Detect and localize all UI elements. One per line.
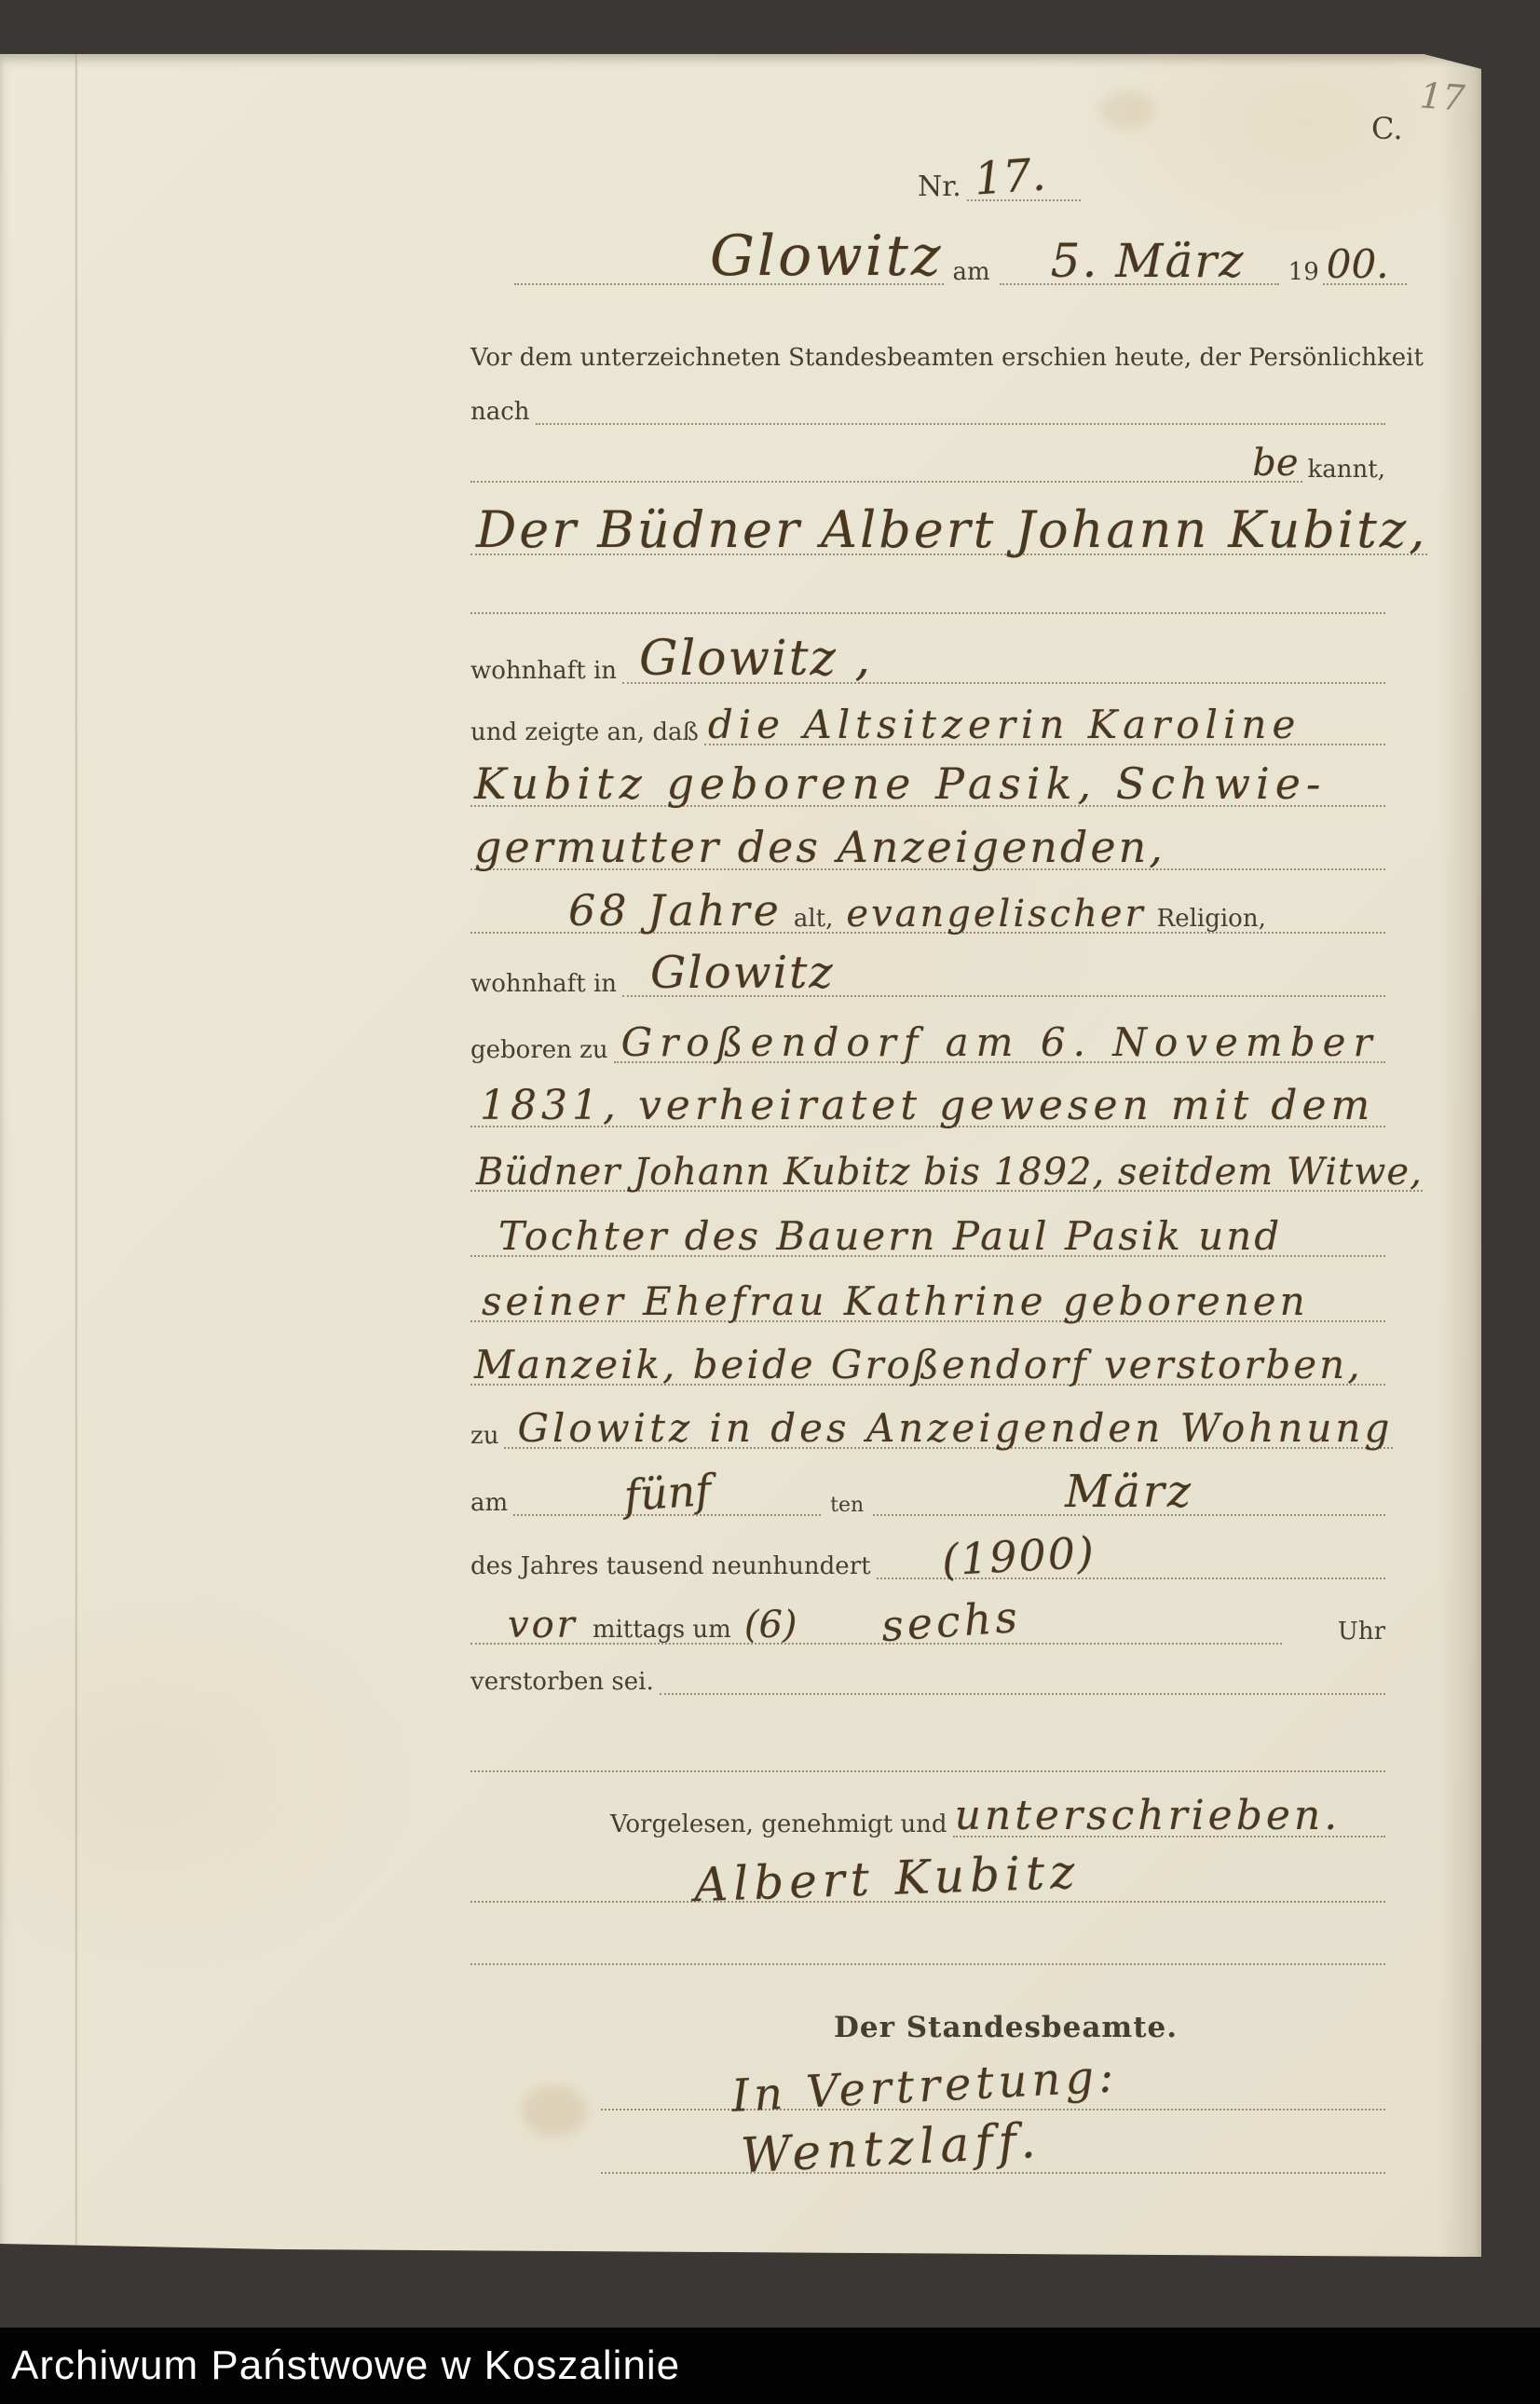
dotted-line: unterschrieben. <box>953 1796 1385 1837</box>
mittags-label: mittags um <box>593 1618 731 1643</box>
verstorben-label: verstorben sei. <box>470 1670 654 1695</box>
daytime-hand: vor <box>508 1607 578 1643</box>
residence-informant-line: wohnhaft in Glowitz , <box>470 619 1385 684</box>
scanned-register-page: 17 C. Nr. 17. Glowitz am 5. März 19 00. … <box>0 0 1540 2404</box>
informant-signature: Albert Kubitz <box>693 1850 1081 1907</box>
archive-name: Archiwum Państwowe w Koszalinie <box>11 2343 680 2389</box>
nach-line: nach <box>470 384 1385 425</box>
dotted-line: Büdner Johann Kubitz bis 1892, seitdem W… <box>470 1154 1423 1192</box>
dotted-line <box>470 1960 1385 1965</box>
am2-label: am <box>470 1491 508 1516</box>
nach-label: nach <box>470 400 530 425</box>
dotted-line: Albert Kubitz <box>470 1857 1385 1904</box>
dotted-line: Glowitz in des Anzeigenden Wohnung <box>504 1410 1393 1449</box>
mother-text: seiner Ehefrau Kathrine geborenen <box>482 1283 1309 1320</box>
registrar-heading: Der Standesbeamte. <box>834 2013 1178 2043</box>
paper-stain <box>1099 91 1155 129</box>
death-hour-line: vor mittags um (6) sechs Uhr <box>470 1583 1385 1645</box>
relation-text: germutter des Anzeigenden, <box>474 827 1165 868</box>
anzeige-hand: die Altsitzerin Karoline <box>708 706 1301 744</box>
registrar-heading-text: Der Standesbeamte. <box>834 2011 1178 2044</box>
mother-line: seiner Ehefrau Kathrine geborenen <box>470 1261 1385 1322</box>
uhr-label: Uhr <box>1338 1619 1385 1645</box>
dotted-line <box>536 419 1385 425</box>
approval-line: Vorgelesen, genehmigt und unterschrieben… <box>610 1782 1385 1837</box>
death-place-text: Glowitz in des Anzeigenden Wohnung <box>517 1410 1393 1447</box>
parents-death-text: Manzeik, beide Großendorf verstorben, <box>474 1346 1363 1384</box>
birthplace-text: Großendorf am 6. November <box>621 1024 1380 1061</box>
wohnhaft1-label: wohnhaft in <box>470 659 617 684</box>
date-value: 5. März <box>1051 239 1246 284</box>
dotted-line: 00. <box>1323 246 1407 285</box>
dotted-line: seiner Ehefrau Kathrine geborenen <box>470 1283 1385 1322</box>
dotted-line <box>470 1767 1385 1772</box>
vorgelesen-label: Vorgelesen, genehmigt und <box>610 1812 947 1837</box>
record-number-value: 17. <box>973 155 1046 202</box>
deceased-statement-line: verstorben sei. <box>470 1663 1385 1695</box>
zu-label: zu <box>470 1424 498 1449</box>
registrar-signature-line: Wentzlaff. <box>601 2113 1385 2174</box>
dotted-line: März <box>873 1471 1385 1516</box>
dotted-line: vor mittags um (6) sechs <box>470 1602 1282 1645</box>
hour-word: sechs <box>879 1597 1022 1647</box>
wohnhaft1-value: Glowitz , <box>639 636 872 682</box>
dotted-line: 17. <box>967 157 1081 201</box>
dotted-line <box>470 608 1385 614</box>
am-label: am <box>953 260 990 285</box>
unterschrieben-hand: unterschrieben. <box>955 1796 1342 1836</box>
parents-death-line: Manzeik, beide Großendorf verstorben, <box>470 1324 1385 1386</box>
residence-deceased-line: wohnhaft in Glowitz <box>470 936 1385 997</box>
dotted-line: In Vertretung: <box>601 2066 1385 2110</box>
dotted-line: Glowitz , <box>622 636 1385 684</box>
dotted-line <box>660 1689 1385 1695</box>
religion-value: evangelischer <box>846 896 1145 932</box>
age-value: 68 Jahre <box>568 891 783 932</box>
father-line: Tochter des Bauern Paul Pasik und <box>470 1195 1385 1257</box>
informant-name-line: Der Büdner Albert Johann Kubitz, <box>470 485 1385 555</box>
geboren-label: geboren zu <box>470 1038 608 1063</box>
deputy-note: In Vertretung: <box>730 2056 1119 2119</box>
wohnhaft2-value: Glowitz <box>650 952 835 995</box>
paper-stain <box>522 2085 587 2137</box>
jahr-label: des Jahres tausend neunhundert <box>470 1554 871 1579</box>
birthplace-line: geboren zu Großendorf am 6. November <box>470 1002 1385 1063</box>
deceased-name-text: Kubitz geborene Pasik, Schwie- <box>474 764 1326 805</box>
death-day-value: fünf <box>622 1470 712 1517</box>
dotted-line: fünf <box>513 1473 821 1516</box>
dotted-line: Glowitz <box>514 230 944 285</box>
dotted-line: be <box>470 445 1302 483</box>
ten-label: ten <box>830 1495 864 1516</box>
pencil-folio-number: 17 <box>1419 75 1466 118</box>
informant-name: Der Büdner Albert Johann Kubitz, <box>476 506 1427 553</box>
dotted-line: Wentzlaff. <box>601 2126 1385 2174</box>
death-year-line: des Jahres tausend neunhundert (1900) <box>470 1518 1385 1579</box>
husband-line: Büdner Johann Kubitz bis 1892, seitdem W… <box>470 1130 1385 1192</box>
place-value: Glowitz <box>710 230 944 283</box>
dotted-line: (1900) <box>877 1537 1385 1579</box>
declaration-line: und zeigte an, daß die Altsitzerin Karol… <box>470 686 1385 745</box>
death-year-value: (1900) <box>941 1533 1097 1581</box>
registrar-signature: Wentzlaff. <box>740 2118 1043 2179</box>
century-printed: 19 <box>1288 260 1319 285</box>
page-crease <box>75 54 78 2257</box>
archive-watermark-bar: Archiwum Państwowe w Koszalinie <box>0 2328 1540 2404</box>
dotted-line: die Altsitzerin Karoline <box>704 706 1385 745</box>
death-month-value: März <box>1065 1471 1193 1514</box>
bekannt-hand: be <box>1252 445 1298 481</box>
form-letter: C. <box>1371 114 1403 145</box>
dotted-line: Glowitz <box>622 952 1385 997</box>
dotted-line: Tochter des Bauern Paul Pasik und <box>470 1218 1385 1257</box>
intro-line: Vor dem unterzeichneten Standesbeamten e… <box>470 335 1402 371</box>
deputy-line: In Vertretung: <box>601 2050 1385 2110</box>
place-date-line: Glowitz am 5. März 19 00. <box>514 207 1397 285</box>
dotted-line: germutter des Anzeigenden, <box>470 827 1385 870</box>
birthyear-marriage-line: 1831, verheiratet gewesen mit dem <box>470 1066 1385 1127</box>
dotted-line: 1831, verheiratet gewesen mit dem <box>470 1086 1385 1127</box>
record-number-line: Nr. 17. <box>918 140 1081 201</box>
death-place-line: zu Glowitz in des Anzeigenden Wohnung <box>470 1387 1385 1449</box>
blank-line <box>470 1763 1385 1772</box>
blank-line <box>470 605 1385 614</box>
intro-text: Vor dem unterzeichneten Standesbeamten e… <box>470 346 1424 371</box>
year-value: 00. <box>1327 246 1389 283</box>
record-number-label: Nr. <box>918 172 961 202</box>
hour-digit: (6) <box>744 1607 797 1643</box>
informant-signature-line: Albert Kubitz <box>470 1839 1385 1903</box>
dotted-line: 5. März <box>1000 239 1279 286</box>
dotted-line: Großendorf am 6. November <box>614 1024 1385 1063</box>
relation-line: germutter des Anzeigenden, <box>470 807 1385 870</box>
dotted-line: 68 Jahre alt, evangelischer Religion, <box>470 891 1385 934</box>
anzeige-label: und zeigte an, daß <box>470 720 699 745</box>
alt-label: alt, <box>794 907 834 932</box>
birthyear-marriage-text: 1831, verheiratet gewesen mit dem <box>480 1086 1374 1126</box>
bekannt-printed: kannt, <box>1308 458 1385 483</box>
dotted-line: Der Büdner Albert Johann Kubitz, <box>470 506 1427 555</box>
page-edge-shadow <box>1438 54 1481 2257</box>
age-religion-line: 68 Jahre alt, evangelischer Religion, <box>470 872 1385 934</box>
dotted-line: Manzeik, beide Großendorf verstorben, <box>470 1346 1385 1386</box>
death-day-line: am fünf ten März <box>470 1455 1385 1516</box>
husband-text: Büdner Johann Kubitz bis 1892, seitdem W… <box>476 1154 1423 1190</box>
deceased-name-line: Kubitz geborene Pasik, Schwie- <box>470 744 1385 807</box>
father-text: Tochter des Bauern Paul Pasik und <box>498 1218 1282 1255</box>
blank-line <box>470 1956 1385 1965</box>
religion-label: Religion, <box>1157 907 1266 932</box>
wohnhaft2-label: wohnhaft in <box>470 972 617 997</box>
bekannt-line: be kannt, <box>470 430 1385 483</box>
dotted-line: Kubitz geborene Pasik, Schwie- <box>470 764 1385 807</box>
